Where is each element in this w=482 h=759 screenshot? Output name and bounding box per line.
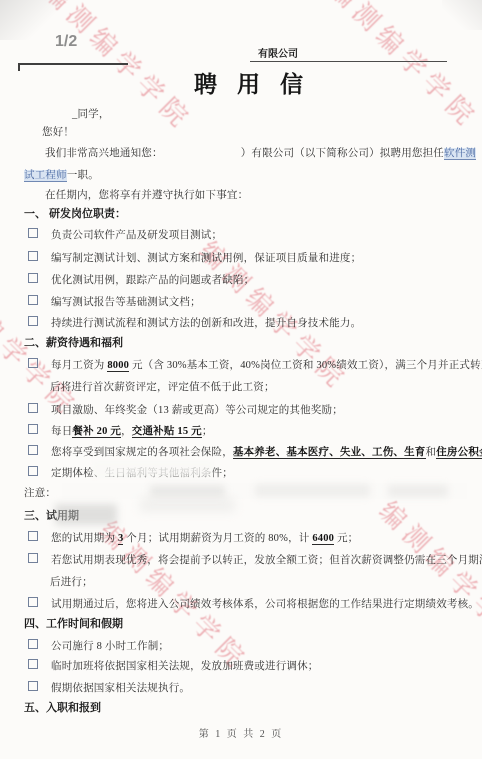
note-label: 注意： (24, 487, 56, 501)
salutation: _同学， (72, 108, 110, 122)
list-item-text: 项目激励、年终奖金（13 薪或更高）等公司规定的其他奖励； (51, 405, 343, 416)
checkbox-icon (28, 597, 38, 607)
checkbox-icon (28, 295, 38, 305)
list-item-text: 假期依据国家相关法规执行。 (51, 683, 190, 694)
checkbox-icon (28, 251, 38, 261)
scan-shadow (442, 0, 482, 30)
list-item-text: 优化测试用例，跟踪产品的问题或者缺陷； (51, 275, 254, 286)
list-item-continuation: 后将进行首次薪资评定，评定值不低于此工资； (50, 381, 275, 395)
list-item: 试用期通过后，您将进入公司绩效考核体系，公司将根据您的工作结果进行定期绩效考核。 (28, 597, 479, 612)
header-rule (250, 61, 447, 62)
text-segment: 每日 (51, 426, 72, 437)
section-heading-5: 五、入职和报到 (24, 701, 101, 715)
redaction-smudge (255, 484, 370, 497)
list-item: 项目激励、年终奖金（13 薪或更高）等公司规定的其他奖励； (28, 403, 343, 418)
redaction-blur (93, 462, 213, 477)
intro-lead: 我们非常高兴地通知您： (45, 148, 163, 159)
list-item-text: 持续进行测试流程和测试方法的创新和改进，提升自身技术能力。 (51, 318, 361, 329)
checkbox-icon (28, 659, 38, 669)
intro-line-1: 我们非常高兴地通知您：）有限公司（以下简称公司）拟聘用您担任软件测 (45, 147, 476, 161)
intro-tail: 一职。 (67, 170, 99, 181)
checkbox-icon (28, 531, 38, 541)
list-item: 编写测试报告等基础测试文档； (28, 295, 201, 310)
checkbox-icon (28, 403, 38, 413)
list-item-text: 每日餐补 20 元，交通补贴 15 元； (51, 426, 213, 438)
footer-page-number: 第 1 页 共 2 页 (0, 725, 482, 740)
list-item-text: 试用期通过后，您将进入公司绩效考核体系，公司将根据您的工作结果进行定期绩效考核。 (51, 599, 479, 610)
checkbox-icon (28, 273, 38, 283)
text-segment: ； (202, 426, 213, 437)
checkbox-icon (28, 445, 38, 455)
section-heading-1: 一、 研发岗位职责： (24, 207, 126, 221)
list-item-text: 您将享受到国家规定的各项社会保险，基本养老、基本医疗、失业、工伤、生育和住房公积… (51, 447, 482, 459)
position-highlight: 试工程师 (24, 170, 67, 182)
list-item: 临时加班将依据国家相关法规，发放加班费或进行调休； (28, 659, 319, 674)
text-segment: 和 (426, 447, 437, 458)
intro-rest: ）有限公司（以下简称公司）拟聘用您担任 (241, 148, 444, 159)
list-item: 您的试用期为 3 个月；试用期薪资为月工资的 80%，计 6400 元； (28, 531, 358, 546)
list-item: 每日餐补 20 元，交通补贴 15 元； (28, 424, 213, 439)
redaction-smudge (150, 485, 225, 497)
list-item: 优化测试用例，跟踪产品的问题或者缺陷； (28, 273, 254, 288)
redaction-smudge (140, 498, 235, 512)
list-item: 负责公司软件产品及研发项目测试； (28, 228, 222, 243)
text-segment: 元（含 30%基本工资，40%岗位工资和 30%绩效工资），满三个月并正式转正 (129, 360, 482, 371)
redacted-name-line-tick (18, 63, 20, 71)
checkbox-icon (28, 228, 38, 238)
list-item-text: 编写测试报告等基础测试文档； (51, 297, 201, 308)
position-highlight: 软件测 (444, 148, 476, 160)
list-item-text: 后进行； (50, 577, 93, 588)
list-item-text: 每月工资为 8000 元（含 30%基本工资，40%岗位工资和 30%绩效工资）… (51, 360, 482, 372)
list-item-text: 公司施行 8 小时工作制； (51, 641, 169, 652)
list-item: 持续进行测试流程和测试方法的创新和改进，提升自身技术能力。 (28, 316, 361, 331)
watermark-text: 编测编学学院 (36, 0, 202, 138)
text-segment: 元； (334, 533, 358, 544)
list-item: 公司施行 8 小时工作制； (28, 639, 169, 654)
page-title: 聘用信 (194, 66, 323, 99)
checkbox-icon (28, 466, 38, 476)
section-heading-4: 四、工作时间和假期 (24, 617, 123, 631)
text-segment: 每月工资为 (51, 360, 107, 371)
list-item-continuation: 后进行； (50, 576, 93, 590)
emphasized-text: 住房公积金 (436, 447, 482, 459)
text-segment: 个月；试用期薪资为月工资的 80%，计 (123, 533, 312, 544)
emphasized-text: 基本养老、基本医疗、失业、工伤、生育 (233, 447, 426, 459)
list-item: 若您试用期表现优秀，将会提前予以转正，发放全额工资；但首次薪资调整仍需在三个月期… (28, 553, 482, 568)
company-suffix: 有限公司 (258, 45, 298, 60)
list-item: 每月工资为 8000 元（含 30%基本工资，40%岗位工资和 30%绩效工资）… (28, 358, 482, 373)
list-item-text: 编写制定测试计划、测试方案和测试用例，保证项目质量和进度； (51, 253, 361, 264)
intro-line-2: 试工程师一职。 (24, 169, 99, 183)
redaction-smudge (388, 485, 448, 497)
text-segment: ， (121, 426, 132, 437)
watermark-text: 编测编学学院 (322, 0, 482, 136)
preamble: 在任期内，您将享有并遵守执行如下事宜： (45, 189, 248, 203)
emphasized-text: 餐补 20 元 (72, 426, 121, 438)
redaction-smudge (55, 504, 117, 525)
emphasized-text: 6400 (312, 533, 334, 545)
list-item-text: 若您试用期表现优秀，将会提前予以转正，发放全额工资；但首次薪资调整仍需在三个月期… (51, 555, 482, 566)
checkbox-icon (28, 681, 38, 691)
text-segment: 您将享受到国家规定的各项社会保险， (51, 447, 233, 458)
list-item: 假期依据国家相关法规执行。 (28, 681, 190, 696)
list-item: 编写制定测试计划、测试方案和测试用例，保证项目质量和进度； (28, 251, 361, 266)
checkbox-icon (28, 553, 38, 563)
list-item: 您将享受到国家规定的各项社会保险，基本养老、基本医疗、失业、工伤、生育和住房公积… (28, 445, 482, 460)
list-item-text: 您的试用期为 3 个月；试用期薪资为月工资的 80%，计 6400 元； (51, 533, 358, 545)
checkbox-icon (28, 316, 38, 326)
checkbox-icon (28, 358, 38, 368)
checkbox-icon (28, 424, 38, 434)
watermark-text: 编测编学学院 (372, 492, 482, 658)
emphasized-text: 8000 (107, 360, 129, 372)
document-page: 编测编学学院 编测编学学院 编测编学学院 编测编学学院 编测编学学院 编测编学学… (0, 0, 482, 759)
section-heading-2: 二、薪资待遇和福利 (24, 336, 123, 350)
list-item-text: 临时加班将依据国家相关法规，发放加班费或进行调休； (51, 661, 319, 672)
list-item-text: 后将进行首次薪资评定，评定值不低于此工资； (50, 382, 275, 393)
text-segment: 您的试用期为 (51, 533, 118, 544)
redacted-name-line (18, 63, 128, 65)
emphasized-text: 交通补贴 15 元 (132, 426, 202, 438)
list-item-text: 负责公司软件产品及研发项目测试； (51, 230, 222, 241)
page-indicator: 1/2 (55, 33, 77, 51)
checkbox-icon (28, 639, 38, 649)
greeting: 您好！ (42, 126, 74, 140)
